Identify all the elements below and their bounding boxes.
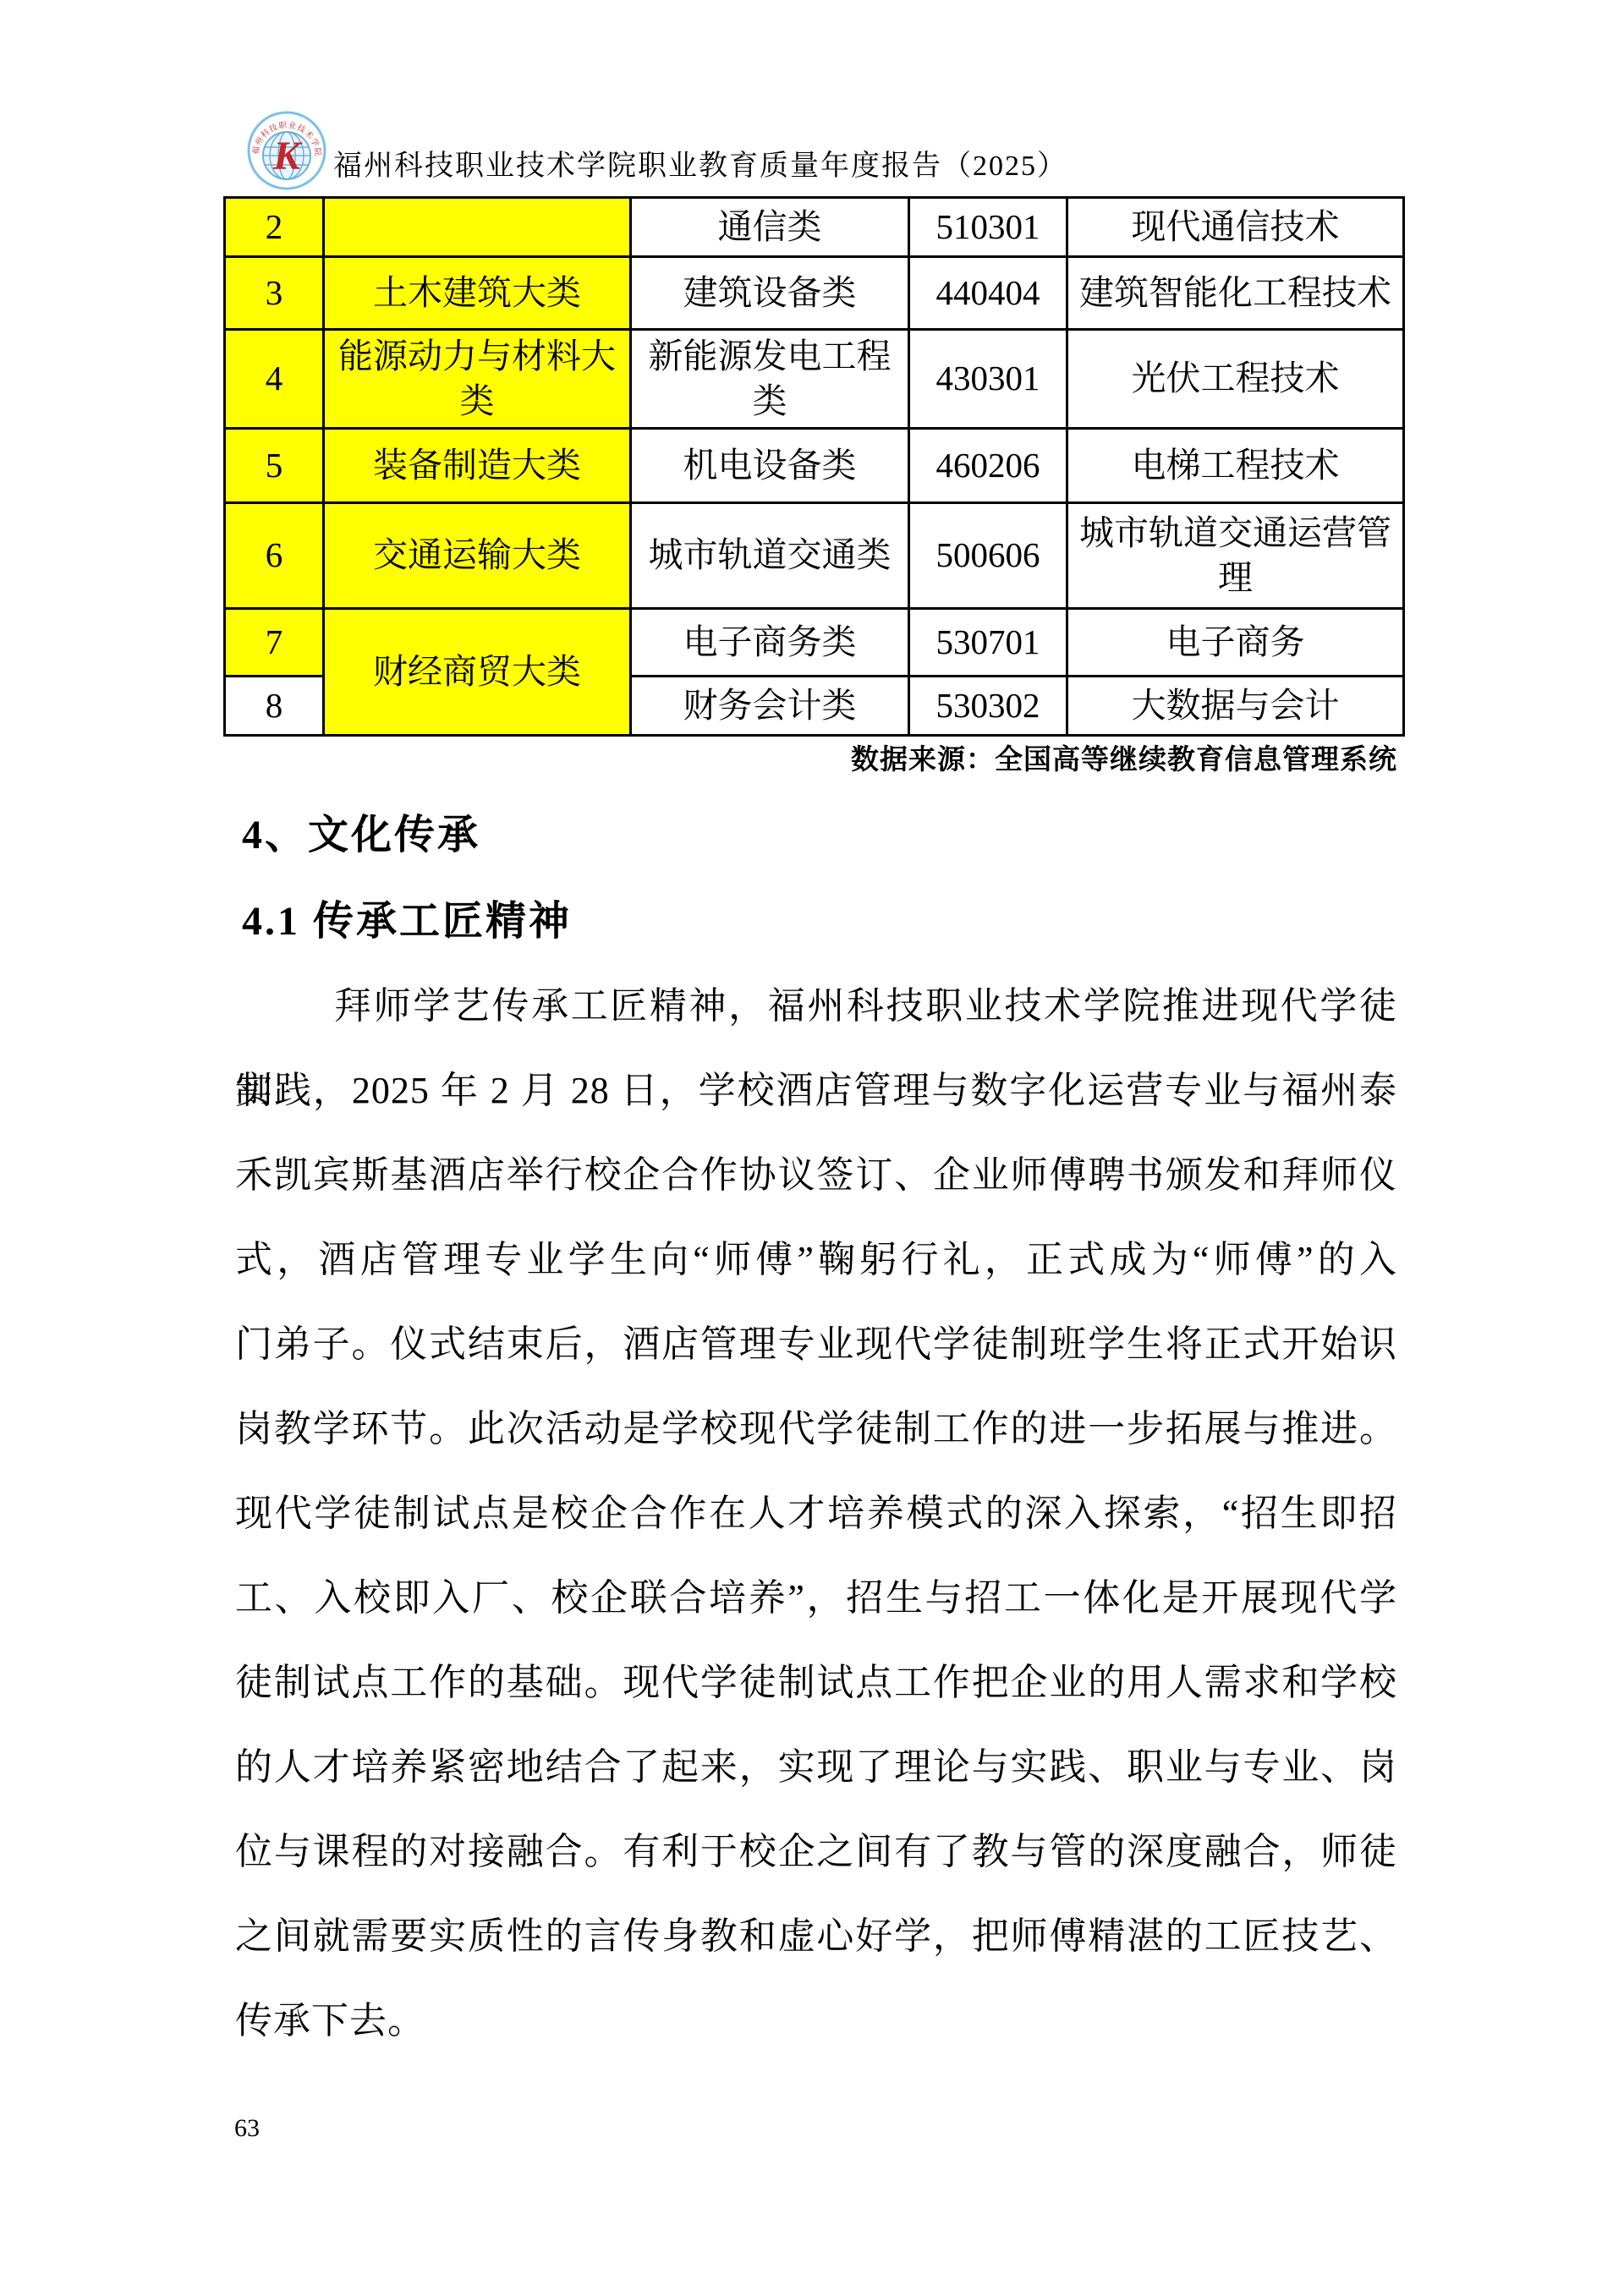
page-number: 63 xyxy=(234,2114,260,2143)
body-line: 式，酒店管理专业学生向“师傅”鞠躬行礼，正式成为“师傅”的入 xyxy=(235,1218,1397,1302)
major-cell: 建筑智能化工程技术 xyxy=(1067,257,1404,330)
major-cell: 光伏工程技术 xyxy=(1067,330,1404,429)
subcategory-cell: 建筑设备类 xyxy=(631,257,909,330)
major-cell: 大数据与会计 xyxy=(1067,677,1404,736)
category-cell: 交通运输大类 xyxy=(324,503,631,609)
table-row: 4 能源动力与材料大类 新能源发电工程类 430301 光伏工程技术 xyxy=(225,330,1404,429)
body-paragraph: 拜师学艺传承工匠精神，福州科技职业技术学院推进现代学徒制 实践，2025 年 2… xyxy=(235,964,1397,2063)
major-cell: 电梯工程技术 xyxy=(1067,429,1404,503)
table-row: 5 装备制造大类 机电设备类 460206 电梯工程技术 xyxy=(225,429,1404,503)
row-number-cell: 6 xyxy=(225,503,324,609)
category-cell-merged: 财经商贸大类 xyxy=(324,609,631,736)
subcategory-cell: 电子商务类 xyxy=(631,609,909,677)
body-line: 之间就需要实质性的言传身教和虚心好学，把师傅精湛的工匠技艺、 xyxy=(235,1894,1397,1979)
table-row: 6 交通运输大类 城市轨道交通类 500606 城市轨道交通运营管理 xyxy=(225,503,1404,609)
source-note: 数据来源：全国高等继续教育信息管理系统 xyxy=(223,737,1397,777)
row-number-cell: 8 xyxy=(225,677,324,736)
code-cell: 500606 xyxy=(909,503,1067,609)
table-row: 2 通信类 510301 现代通信技术 xyxy=(225,198,1404,257)
program-table: 2 通信类 510301 现代通信技术 3 土木建筑大类 建筑设备类 44040… xyxy=(223,196,1405,737)
subcategory-cell: 财务会计类 xyxy=(631,677,909,736)
row-number-cell: 7 xyxy=(225,609,324,677)
body-line: 岗教学环节。此次活动是学校现代学徒制工作的进一步拓展与推进。 xyxy=(235,1387,1397,1471)
major-cell: 城市轨道交通运营管理 xyxy=(1067,503,1404,609)
category-cell: 土木建筑大类 xyxy=(324,257,631,330)
body-line: 的人才培养紧密地结合了起来，实现了理论与实践、职业与专业、岗 xyxy=(235,1725,1397,1810)
row-number-cell: 4 xyxy=(225,330,324,429)
body-line: 拜师学艺传承工匠精神，福州科技职业技术学院推进现代学徒制 xyxy=(235,964,1397,1049)
code-cell: 510301 xyxy=(909,198,1067,257)
body-line: 实践，2025 年 2 月 28 日，学校酒店管理与数字化运营专业与福州泰 xyxy=(235,1049,1397,1133)
page: 福州科技职业技术学院 K 福州科技职业技术学院职业教育质量年度报告（2025） … xyxy=(0,0,1624,2296)
report-title: 福州科技职业技术学院职业教育质量年度报告（2025） xyxy=(333,142,1067,184)
row-number-cell: 3 xyxy=(225,257,324,330)
category-cell: 装备制造大类 xyxy=(324,429,631,503)
subsection-heading: 4.1 传承工匠精神 xyxy=(242,888,572,946)
row-number-cell: 5 xyxy=(225,429,324,503)
code-cell: 530302 xyxy=(909,677,1067,736)
category-cell xyxy=(324,198,631,257)
subcategory-cell: 机电设备类 xyxy=(631,429,909,503)
body-line: 工、入校即入厂、校企联合培养”，招生与招工一体化是开展现代学 xyxy=(235,1556,1397,1641)
table-row: 3 土木建筑大类 建筑设备类 440404 建筑智能化工程技术 xyxy=(225,257,1404,330)
body-line: 传承下去。 xyxy=(235,1979,1397,2063)
code-cell: 530701 xyxy=(909,609,1067,677)
category-cell: 能源动力与材料大类 xyxy=(324,330,631,429)
table-row: 7 财经商贸大类 电子商务类 530701 电子商务 xyxy=(225,609,1404,677)
major-cell: 现代通信技术 xyxy=(1067,198,1404,257)
body-line: 现代学徒制试点是校企合作在人才培养模式的深入探索，“招生即招 xyxy=(235,1471,1397,1556)
logo-monogram: K xyxy=(272,134,303,178)
body-line: 徒制试点工作的基础。现代学徒制试点工作把企业的用人需求和学校 xyxy=(235,1641,1397,1725)
section-heading: 4、文化传承 xyxy=(242,802,480,860)
subcategory-cell: 新能源发电工程类 xyxy=(631,330,909,429)
subcategory-cell: 城市轨道交通类 xyxy=(631,503,909,609)
code-cell: 440404 xyxy=(909,257,1067,330)
code-cell: 460206 xyxy=(909,429,1067,503)
row-number-cell: 2 xyxy=(225,198,324,257)
subcategory-cell: 通信类 xyxy=(631,198,909,257)
body-line: 位与课程的对接融合。有利于校企之间有了教与管的深度融合，师徒 xyxy=(235,1810,1397,1894)
major-cell: 电子商务 xyxy=(1067,609,1404,677)
school-logo-icon: 福州科技职业技术学院 K xyxy=(247,111,326,190)
body-line: 门弟子。仪式结束后，酒店管理专业现代学徒制班学生将正式开始识 xyxy=(235,1302,1397,1387)
code-cell: 430301 xyxy=(909,330,1067,429)
body-line: 禾凯宾斯基酒店举行校企合作协议签订、企业师傅聘书颁发和拜师仪 xyxy=(235,1133,1397,1218)
